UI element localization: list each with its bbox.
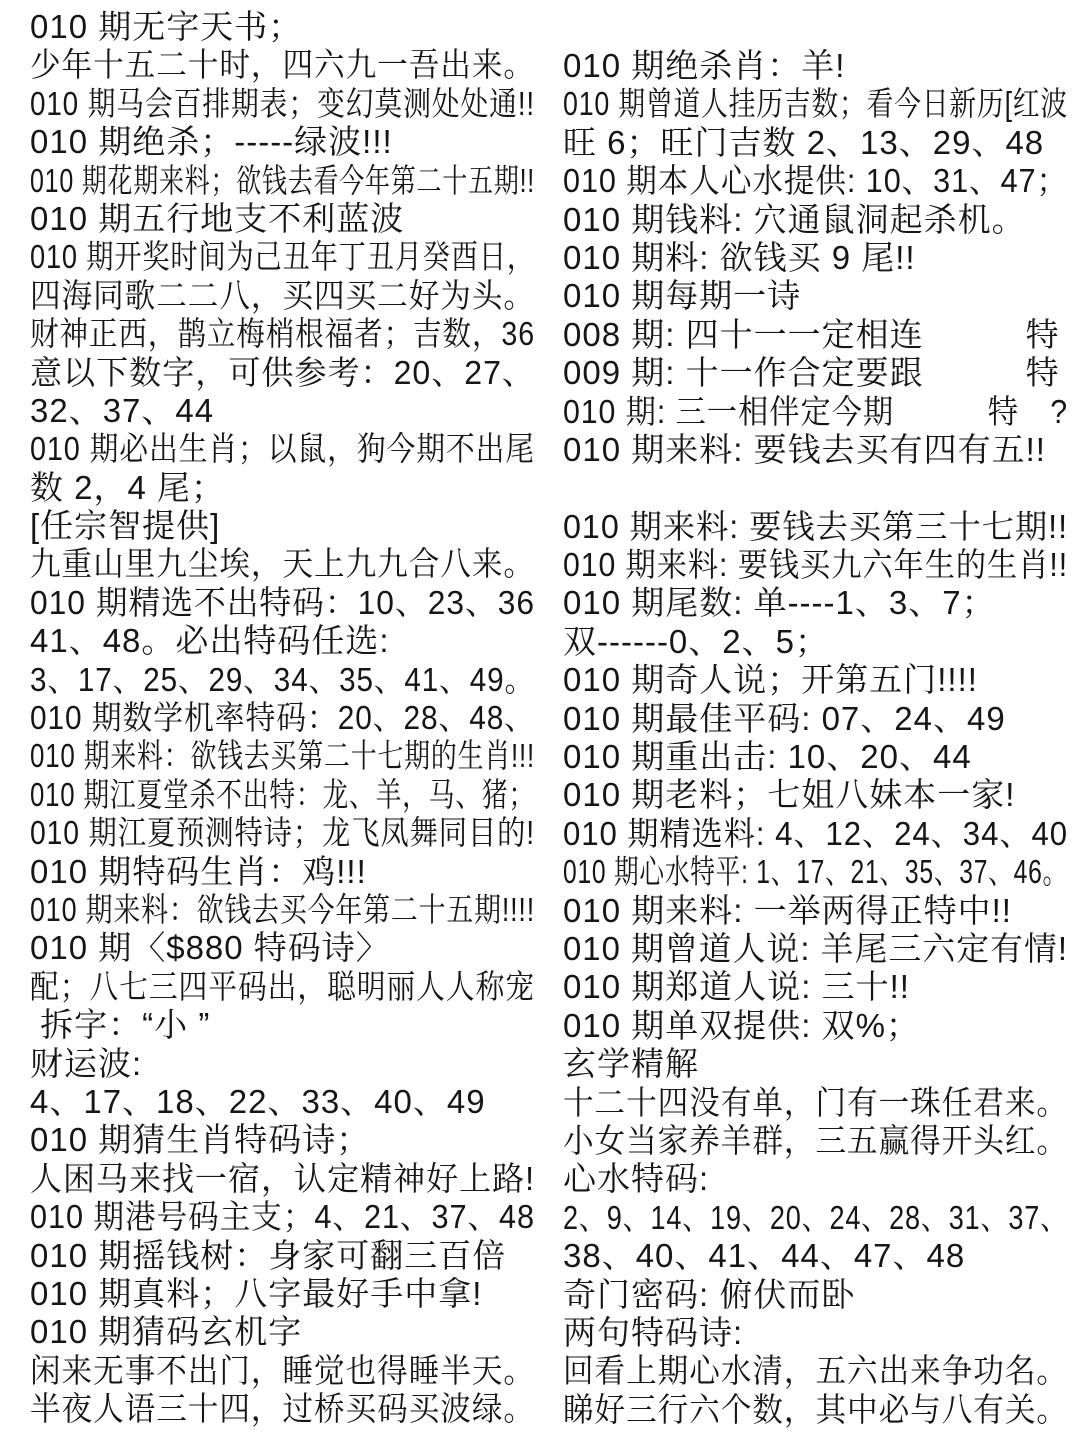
text-line: 数 2，4 尾； (30, 469, 225, 507)
text-line: 010 期绝杀；-----绿波!!! (30, 123, 393, 161)
text-line: 010 期重出击: 10、20、44 (563, 738, 972, 776)
text-line: 010 期港号码主支；4、21、37、48 (30, 1198, 535, 1236)
text-line: 010 期单双提供: 双%； (563, 1007, 920, 1045)
text-line: 四海同歌二二八，买四买二好为头。 (30, 277, 535, 315)
text-line: 010 期来料：欲钱去买第二十七期的生肖!!! (30, 737, 535, 775)
text-line: 少年十五二十时，四六九一吾出来。 (30, 46, 535, 84)
text-line: 010 期钱料: 穴通鼠洞起杀机。 (563, 201, 1026, 239)
text-line: 意以下数字，可供参考：20、27、 (30, 354, 535, 392)
text-line: 010 期尾数: 单----1、3、7； (563, 584, 996, 622)
text-line: 41、48。必出特码任选: (30, 622, 390, 660)
text-line: 奇门密码: 俯伏而卧 (563, 1276, 855, 1314)
text-line: 财运波: (30, 1045, 142, 1083)
text-line: 十二十四没有单，门有一珠任君来。 (563, 1084, 1068, 1122)
text-line: 009 期: 十一作合定要跟 特 (563, 354, 1060, 392)
text-line: 010 期摇钱树：身家可翻三百倍 (30, 1237, 506, 1275)
text-line: 半夜人语三十四，过桥买码买波绿。 (30, 1390, 535, 1428)
left-text-column: 010 期无字天书；少年十五二十时，四六九一吾出来。010 期马会百排期表；变幻… (30, 8, 538, 1428)
text-line: 010 期五行地支不利蓝波 (30, 200, 404, 238)
text-line: 010 期最佳平码: 07、24、49 (563, 700, 1006, 738)
text-line: 4、17、18、22、33、40、49 (30, 1083, 486, 1121)
right-text-column: 010 期绝杀肖：羊!010 期曾道人挂历吉数；看今日新历[红波旺 6；旺门吉数… (563, 47, 1068, 1429)
text-line: 010 期来料：欲钱去买今年第二十五期!!!! (30, 891, 535, 929)
text-line: 010 期〈$880 特码诗〉 (30, 929, 390, 967)
text-line: 010 期开奖时间为己丑年丁丑月癸酉日， (30, 238, 535, 276)
text-line: 两句特码诗: (563, 1314, 743, 1352)
text-line: [任宗智提供] (30, 507, 220, 545)
text-line: 双------0、2、5； (563, 623, 829, 661)
text-line: 010 期: 三一相伴定今期 特 ? (563, 393, 1068, 431)
text-line: 010 期江夏预测特诗；龙飞凤舞同目的! (30, 814, 535, 852)
text-line: 010 期每期一诗 (563, 277, 801, 315)
text-line: 010 期老料；七姐八妹本一家! (563, 776, 1015, 814)
text-line: 玄学精解 (563, 1045, 699, 1083)
text-line: 心水特码: (563, 1160, 709, 1198)
text-line: 010 期精选不出特码：10、23、36 (30, 584, 535, 622)
text-line: 010 期必出生肖；以鼠，狗今期不出尾 (30, 430, 535, 468)
text-line: 2、9、14、19、20、24、28、31、37、 (563, 1199, 1068, 1237)
text-line: 旺 6；旺门吉数 2、13、29、48 (563, 124, 1044, 162)
text-line: 睇好三行六个数，其中必与八有关。 (563, 1391, 1068, 1429)
text-line: 回看上期心水清，五六出来争功名。 (563, 1352, 1068, 1390)
text-line: 财神正西，鹊立梅梢根福者；吉数，36 (30, 315, 535, 353)
text-line: 010 期曾道人挂历吉数；看今日新历[红波 (563, 85, 1068, 123)
text-line: 配；八七三四平码出，聪明丽人人称宠 (30, 968, 535, 1006)
text-line: 010 期心水特平: 1、17、21、35、37、46。 (563, 853, 1068, 891)
text-line: 拆字：“小 ” (30, 1006, 210, 1044)
text-line: 010 期来料: 要钱买九六年生的生肖!! (563, 546, 1068, 584)
text-line: 008 期: 四十一一定相连 特 (563, 316, 1060, 354)
text-line: 小女当家养羊群，三五赢得开头红。 (563, 1122, 1068, 1160)
text-line: 人困马来找一宿，认定精神好上路! (30, 1160, 535, 1198)
text-line: 九重山里九尘埃，天上九九合八来。 (30, 545, 535, 583)
text-line: 010 期数学机率特码：20、28、48、 (30, 699, 535, 737)
text-line: 010 期来料: 一举两得正特中!! (563, 892, 1012, 930)
text-line: 38、40、41、44、47、48 (563, 1237, 965, 1275)
text-line: 010 期精选料: 4、12、24、34、40 (563, 815, 1068, 853)
text-line: 010 期无字天书； (30, 8, 302, 46)
text-line: 010 期来料: 要钱去买有四有五!! (563, 431, 1046, 469)
text-line: 010 期绝杀肖：羊! (563, 47, 845, 85)
text-line: 010 期真料；八字最好手中拿! (30, 1275, 482, 1313)
document-page: 010 期无字天书；少年十五二十时，四六九一吾出来。010 期马会百排期表；变幻… (0, 0, 1080, 1440)
text-line: 010 期本人心水提供: 10、31、47； (563, 162, 1068, 200)
text-line: 010 期猜生肖特码诗； (30, 1121, 370, 1159)
text-line: 010 期奇人说；开第五门!!!! (563, 661, 978, 699)
text-line: 010 期江夏堂杀不出特：龙、羊，马、猪； (30, 776, 535, 814)
text-line: 010 期来料: 要钱去买第三十七期!! (563, 508, 1068, 546)
text-line: 010 期特码生肖：鸡!!! (30, 853, 367, 891)
text-line: 闲来无事不出门，睡觉也得睡半天。 (30, 1352, 535, 1390)
text-line (563, 469, 573, 507)
text-line: 010 期马会百排期表；变幻莫测处处通!! (30, 85, 535, 123)
text-line: 3、17、25、29、34、35、41、49。 (30, 661, 535, 699)
text-line: 010 期料: 欲钱买 9 尾!! (563, 239, 916, 277)
text-line: 010 期猜码玄机字 (30, 1313, 302, 1351)
text-line: 010 期曾道人说: 羊尾三六定有情! (563, 930, 1068, 968)
text-line: 010 期花期来料；欲钱去看今年第二十五期!! (30, 162, 535, 200)
text-line: 010 期郑道人说: 三十!! (563, 968, 910, 1006)
text-line: 32、37、44 (30, 392, 214, 430)
